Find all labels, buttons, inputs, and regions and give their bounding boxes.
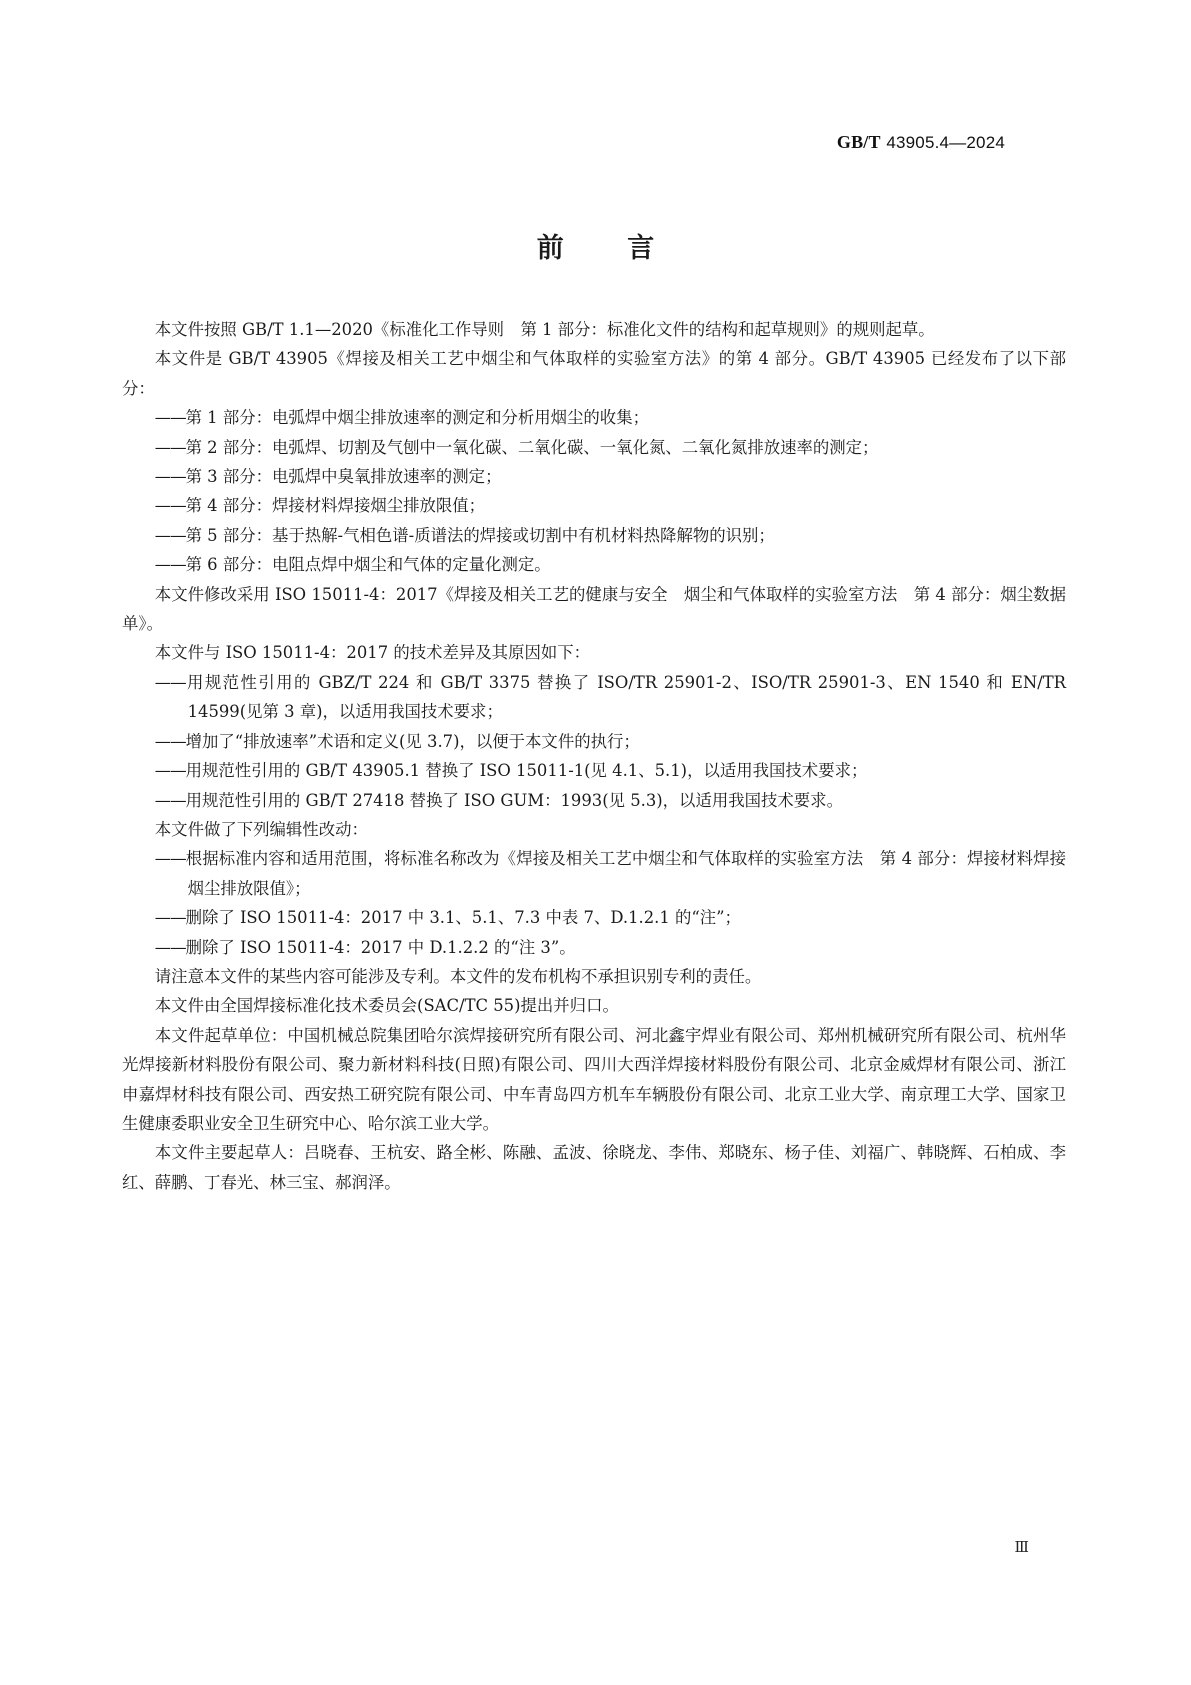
dash-bullet: —— [155,673,186,692]
paragraph-series-intro: 本文件是 GB/T 43905《焊接及相关工艺中烟尘和气体取样的实验室方法》的第… [122,344,1066,403]
list-item: ——第 1 部分：电弧焊中烟尘排放速率的测定和分析用烟尘的收集； [155,403,1066,432]
dash-bullet: —— [155,791,186,810]
standard-code: GB/T 43905.4—2024 [837,132,1005,153]
paragraph-drafting-units: 本文件起草单位：中国机械总院集团哈尔滨焊接研究所有限公司、河北鑫宇焊业有限公司、… [122,1021,1066,1139]
paragraph-tech-diff-intro: 本文件与 ISO 15011-4：2017 的技术差异及其原因如下： [122,638,1066,667]
standard-prefix: GB/T [837,132,881,152]
page-number: Ⅲ [1015,1538,1029,1556]
dash-bullet: —— [155,849,186,868]
dash-bullet: —— [155,526,186,545]
list-item: ——增加了“排放速率”术语和定义(见 3.7)，以便于本文件的执行； [155,727,1066,756]
page-title: 前 言 [0,226,1191,265]
title-char-2: 言 [627,226,654,265]
list-item: ——删除了 ISO 15011-4：2017 中 3.1、5.1、7.3 中表 … [155,903,1066,932]
list-item: ——用规范性引用的 GBZ/T 224 和 GB/T 3375 替换了 ISO/… [155,668,1066,727]
list-item: ——第 3 部分：电弧焊中臭氧排放速率的测定； [155,462,1066,491]
dash-bullet: —— [155,732,186,751]
paragraph-drafters: 本文件主要起草人：吕晓春、王杭安、路全彬、陈融、孟波、徐晓龙、李伟、郑晓东、杨子… [122,1138,1066,1197]
dash-bullet: —— [155,761,186,780]
list-item: ——第 5 部分：基于热解-气相色谱-质谱法的焊接或切割中有机材料热降解物的识别… [155,521,1066,550]
paragraph-edit-intro: 本文件做了下列编辑性改动： [122,815,1066,844]
tech-diff-list: ——用规范性引用的 GBZ/T 224 和 GB/T 3375 替换了 ISO/… [122,668,1066,815]
list-item: ——用规范性引用的 GB/T 43905.1 替换了 ISO 15011-1(见… [155,756,1066,785]
dash-bullet: —— [155,555,186,574]
list-item: ——删除了 ISO 15011-4：2017 中 D.1.2.2 的“注 3”。 [155,933,1066,962]
list-item: ——第 4 部分：焊接材料焊接烟尘排放限值； [155,491,1066,520]
dash-bullet: —— [155,438,186,457]
title-char-1: 前 [537,226,564,265]
parts-list: ——第 1 部分：电弧焊中烟尘排放速率的测定和分析用烟尘的收集； ——第 2 部… [122,403,1066,579]
paragraph-adoption: 本文件修改采用 ISO 15011-4：2017《焊接及相关工艺的健康与安全 烟… [122,580,1066,639]
list-item: ——根据标准内容和适用范围，将标准名称改为《焊接及相关工艺中烟尘和气体取样的实验… [155,844,1066,903]
paragraph-drafting-rules: 本文件按照 GB/T 1.1—2020《标准化工作导则 第 1 部分：标准化文件… [122,315,1066,344]
list-item: ——第 2 部分：电弧焊、切割及气刨中一氧化碳、二氧化碳、一氧化氮、二氧化氮排放… [155,433,1066,462]
paragraph-patent-notice: 请注意本文件的某些内容可能涉及专利。本文件的发布机构不承担识别专利的责任。 [122,962,1066,991]
dash-bullet: —— [155,467,186,486]
dash-bullet: —— [155,496,186,515]
list-item: ——第 6 部分：电阻点焊中烟尘和气体的定量化测定。 [155,550,1066,579]
dash-bullet: —— [155,938,186,957]
edit-changes-list: ——根据标准内容和适用范围，将标准名称改为《焊接及相关工艺中烟尘和气体取样的实验… [122,844,1066,962]
dash-bullet: —— [155,408,186,427]
standard-number: 43905.4—2024 [886,133,1005,152]
paragraph-proposer: 本文件由全国焊接标准化技术委员会(SAC/TC 55)提出并归口。 [122,991,1066,1020]
foreword-body: 本文件按照 GB/T 1.1—2020《标准化工作导则 第 1 部分：标准化文件… [122,315,1066,1197]
dash-bullet: —— [155,908,186,927]
list-item: ——用规范性引用的 GB/T 27418 替换了 ISO GUM：1993(见 … [155,786,1066,815]
